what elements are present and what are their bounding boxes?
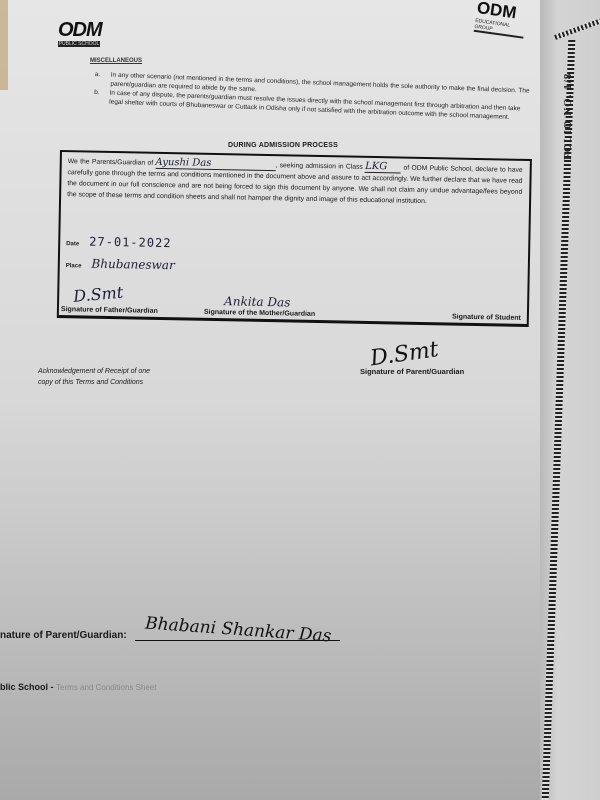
school-logo-left: ODM PUBLIC SCHOOL [58,20,108,48]
list-bullet: b. [94,88,100,106]
admission-section-title: DURING ADMISSION PROCESS [228,142,338,149]
parent-signature[interactable]: D.Smt [369,334,466,372]
place-row: Place Bhubaneswar [66,256,175,272]
student-signature-label: Signature of Student [452,314,521,322]
declaration-box: We the Parents/Guardian of Ayushi Das, s… [57,150,532,327]
footer-school: blic School - [0,682,54,692]
decl-mid: , seeking admission in Class [275,162,363,171]
ack-line-1: Acknowledgement of Receipt of one [38,366,150,377]
footer-doc-name: Terms and Conditions Sheet [56,683,157,692]
folio-number: FOLIO NO. 1/8 [562,60,574,160]
decl-rest: of ODM Public School, declare to have ca… [67,165,523,205]
bottom-signature-row: nature of Parent/Guardian: Bhabani Shank… [0,630,340,641]
list-bullet: a. [94,70,101,88]
miscellaneous-heading: MISCELLANEOUS [90,58,142,64]
ack-line-2: copy of this Terms and Conditions [38,377,150,388]
ack-signature-block: D.Smt Signature of Parent/Guardian [360,340,464,376]
school-logo-right: ODM EDUCATIONAL GROUP [472,0,538,51]
father-signature-label: Signature of Father/Guardian [61,306,158,315]
signature-line: Bhabani Shankar Das [135,639,340,641]
mother-signature-label: Signature of the Mother/Guardian [204,309,315,318]
desk-edge [0,0,8,90]
date-value[interactable]: 27-01-2022 [89,235,172,251]
father-signature[interactable]: D.Smt [73,283,124,306]
place-label: Place [66,263,82,269]
student-name-field[interactable]: Ayushi Das [155,157,275,171]
logo-mark: ODM [58,19,102,41]
declaration-text: We the Parents/Guardian of Ayushi Das, s… [67,155,523,209]
acknowledgement-text: Acknowledgement of Receipt of one copy o… [38,366,150,388]
place-value[interactable]: Bhubaneswar [91,257,175,273]
logo-sub: PUBLIC SCHOOL [58,41,100,47]
decl-prefix: We the Parents/Guardian of [68,158,154,167]
document-page: ODM PUBLIC SCHOOL ODM EDUCATIONAL GROUP … [0,0,545,800]
page-footer: blic School - Terms and Conditions Sheet [0,682,157,692]
class-field[interactable]: LKG [365,161,401,174]
date-row: Date 27-01-2022 [66,234,172,250]
bottom-signature-label: nature of Parent/Guardian: [0,630,127,641]
miscellaneous-list: a. In any other scenario (not mentioned … [94,70,535,123]
bottom-signature[interactable]: Bhabani Shankar Das [144,614,331,647]
date-label: Date [66,241,79,247]
mother-signature[interactable]: Ankita Das [224,294,290,309]
logo-sub: EDUCATIONAL GROUP [474,18,525,39]
